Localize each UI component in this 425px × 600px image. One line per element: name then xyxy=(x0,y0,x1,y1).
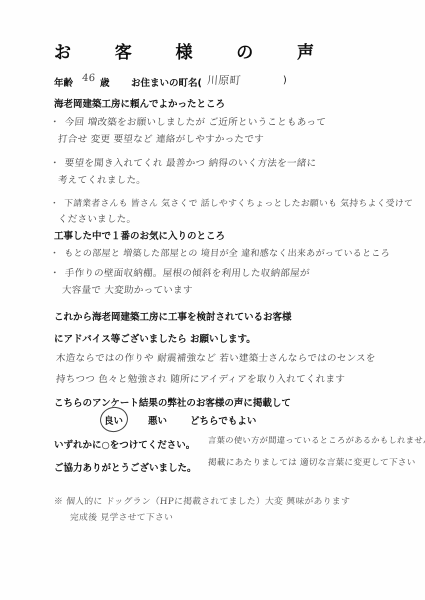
answer-text: 要望を聞き入れてくれ 最善かつ 納得のいく方法を一緒に xyxy=(64,158,316,169)
title-char: の xyxy=(236,38,253,63)
option-either[interactable]: どちらでもよい xyxy=(190,413,256,427)
bullet-icon: ・ xyxy=(50,246,60,259)
survey-sheet: お 客 様 の 声 年齢 46 歳 お住まいの町名( 川原町 ) 海老岡建築工房… xyxy=(0,0,425,600)
q2-answer-2-line2: 大容量で 大変助かっています xyxy=(62,282,194,296)
q1-answer-1-line2: 打合せ 変更 要望など 連絡がしやすかったです xyxy=(58,131,265,145)
q3-heading-line2: にアドバイス等ございましたら お願いします。 xyxy=(54,331,256,345)
age-value: 46 xyxy=(82,73,96,84)
option-bad[interactable]: 悪い xyxy=(148,413,167,427)
q1-answer-3-line1: ・下請業者さんも 皆さん 気さくで 話しやすくちょっとしたお願いも 気持ちよく受… xyxy=(50,196,414,209)
age-suffix: 歳 xyxy=(100,75,110,89)
thanks-text: ご協力ありがとうございました。 xyxy=(54,460,197,474)
bullet-icon: ・ xyxy=(50,114,61,128)
title-char: 客 xyxy=(115,38,132,63)
postscript-line2: 完成後 見学させて下さい xyxy=(70,510,174,523)
q2-answer-1: ・もとの部屋と 増築した部屋との 境目が全 違和感なく出来あがっているところ xyxy=(50,246,391,259)
answer-text: 手作りの壁面収納棚。屋根の傾斜を利用した収納部屋が xyxy=(64,268,310,279)
answer-text: もとの部屋と 増築した部屋との 境目が全 違和感なく出来あがっているところ xyxy=(64,249,390,259)
bullet-icon: ・ xyxy=(50,155,61,169)
q3-answer-line2: 持ちつつ 色々と勉強され 随所にアイディアを取り入れてくれます xyxy=(56,371,346,385)
q2-heading: 工事した中で１番のお気に入りのところ xyxy=(54,228,225,242)
bullet-icon: ・ xyxy=(50,265,61,279)
town-value: 川原町 xyxy=(206,72,241,88)
page-title: お 客 様 の 声 xyxy=(54,38,314,63)
option-good[interactable]: 良い xyxy=(104,413,123,427)
instruction-text: いずれかに○をつけてください。 xyxy=(54,437,195,451)
postscript-line1: ※ 個人的に ドッグラン（HPに掲載されてました）大変 興味があります xyxy=(54,494,351,507)
note-line1: 言葉の使い方が間違っているところがあるかもしれませんので xyxy=(208,434,425,446)
title-char: 声 xyxy=(297,38,314,63)
q1-answer-2-line1: ・要望を聞き入れてくれ 最善かつ 納得のいく方法を一緒に xyxy=(50,155,317,169)
title-char: 様 xyxy=(176,38,193,63)
q1-answer-1-line1: ・今回 増改築をお願いしましたが ご近所ということもあって xyxy=(50,114,327,128)
q2-answer-2-line1: ・手作りの壁面収納棚。屋根の傾斜を利用した収納部屋が xyxy=(50,265,311,279)
town-close: ) xyxy=(283,75,287,86)
q1-answer-2-line2: 考えてくれました。 xyxy=(58,172,147,186)
bullet-icon: ・ xyxy=(50,196,60,209)
q1-heading: 海老岡建築工房に頼んでよかったところ xyxy=(54,96,225,110)
age-label: 年齢 xyxy=(54,75,73,89)
q1-answer-3-line2: くださいました。 xyxy=(58,211,137,225)
q4-heading: こちらのアンケート結果の弊社のお客様の声に掲載して xyxy=(54,395,291,409)
q3-answer-line1: 木造ならではの作りや 耐震補強など 若い建築士さんならではのセンスを xyxy=(56,350,377,364)
answer-text: 下請業者さんも 皆さん 気さくで 話しやすくちょっとしたお願いも 気持ちよく受け… xyxy=(64,199,414,209)
title-char: お xyxy=(54,38,71,63)
answer-text: 今回 増改築をお願いしましたが ご近所ということもあって xyxy=(64,117,326,128)
town-label: お住まいの町名( xyxy=(131,75,202,89)
note-line2: 掲載にあたりましては 適切な言葉に変更して下さい xyxy=(208,456,416,468)
q3-heading-line1: これから海老岡建築工房に工事を検討されているお客様 xyxy=(54,309,292,323)
